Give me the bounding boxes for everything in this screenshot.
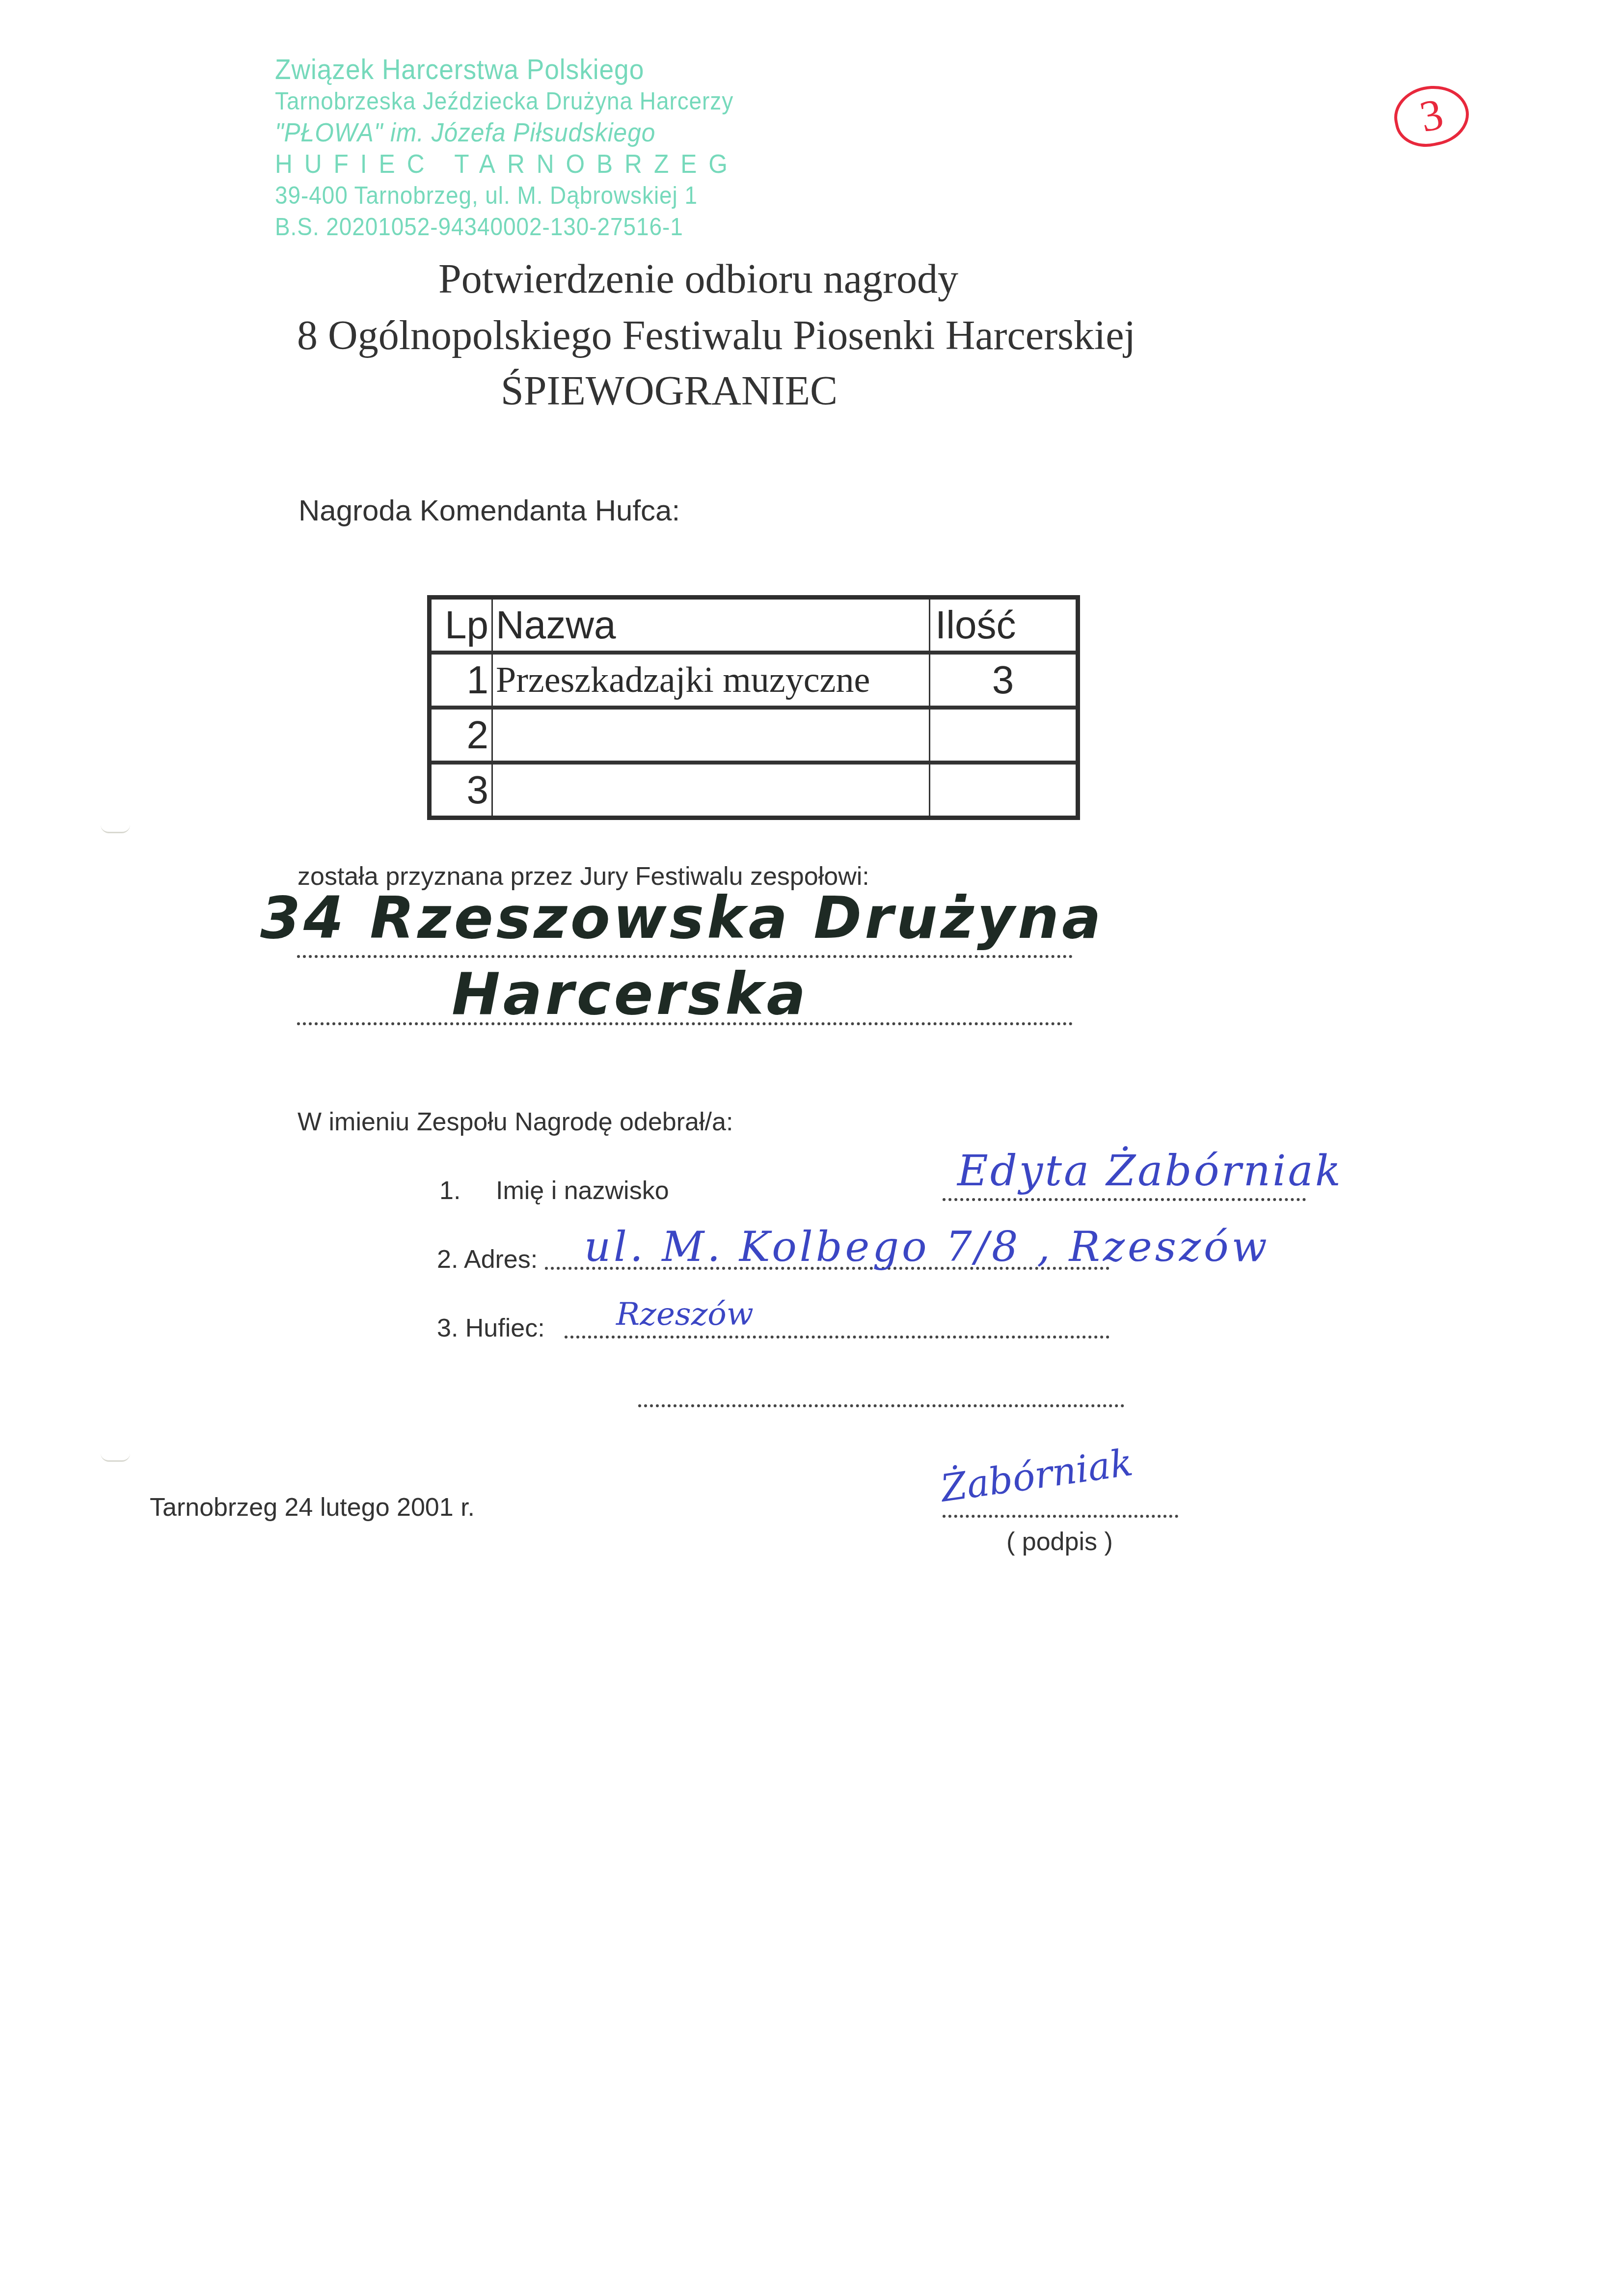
name-field-value: Edyta Żabórniak [957, 1147, 1343, 1196]
hufiec-field-line [565, 1336, 1109, 1339]
cell-name [492, 763, 930, 818]
document-page: Związek Harcerstwa Polskiego Tarnobrzesk… [0, 0, 1623, 2296]
address-field-value: ul. M. Kolbego 7/8 , Rzeszów [584, 1223, 1270, 1271]
cell-qty [930, 763, 1078, 818]
cell-lp: 2 [430, 708, 492, 763]
extra-line [638, 1404, 1124, 1407]
table-row: 3 [430, 763, 1078, 818]
cell-qty [930, 708, 1078, 763]
document-title-line2: 8 Ogólnopolskiego Festiwalu Piosenki Har… [297, 312, 1136, 359]
cell-qty: 3 [930, 653, 1078, 708]
document-title-line3: ŚPIEWOGRANIEC [501, 367, 838, 415]
cell-lp: 1 [430, 653, 492, 708]
name-field-number: 1. [439, 1176, 460, 1205]
name-field-line [943, 1198, 1306, 1201]
team-name-handwritten: Harcerska [452, 960, 809, 1028]
prize-label: Nagroda Komendanta Hufca: [298, 493, 680, 527]
header-name: Nazwa [492, 598, 930, 653]
cell-lp: 3 [430, 763, 492, 818]
received-label: W imieniu Zespołu Nagrodę odebrał/a: [298, 1107, 733, 1137]
prize-table: Lp Nazwa Ilość 1 Przeszkadzajki muzyczne… [427, 595, 1080, 820]
organization-stamp: Związek Harcerstwa Polskiego Tarnobrzesk… [275, 54, 707, 243]
document-title-line1: Potwierdzenie odbioru nagrody [438, 255, 958, 303]
team-name-handwritten: 34 Rzeszowska Drużyna [260, 884, 1104, 952]
name-field-label: Imię i nazwisko [496, 1176, 669, 1205]
stamp-line: B.S. 20201052-94340002-130-27516-1 [275, 211, 673, 243]
cell-name [492, 708, 930, 763]
hufiec-field-label: 3. Hufiec: [437, 1313, 545, 1343]
place-and-date: Tarnobrzeg 24 lutego 2001 r. [150, 1493, 475, 1522]
header-qty: Ilość [930, 598, 1078, 653]
hufiec-field-value: Rzeszów [616, 1296, 754, 1333]
stamp-line: HUFIEC TARNOBRZEG [275, 148, 673, 180]
table-row: 1 Przeszkadzajki muzyczne 3 [430, 653, 1078, 708]
punch-hole-mark [101, 825, 130, 833]
signature-caption: ( podpis ) [1006, 1527, 1113, 1557]
cell-name: Przeszkadzajki muzyczne [492, 653, 930, 708]
header-lp: Lp [430, 598, 492, 653]
stamp-line: 39-400 Tarnobrzeg, ul. M. Dąbrowskiej 1 [275, 180, 673, 211]
stamp-line: "PŁOWA" im. Józefa Piłsudskiego [275, 117, 673, 148]
stamp-line: Związek Harcerstwa Polskiego [275, 54, 673, 85]
punch-hole-mark [101, 1453, 130, 1462]
team-line-1 [297, 955, 1073, 958]
signature: Żabórniak [938, 1440, 1136, 1510]
stamp-line: Tarnobrzeska Jeździecka Drużyna Harcerzy [275, 85, 673, 117]
address-field-label: 2. Adres: [437, 1245, 538, 1274]
table-row: 2 [430, 708, 1078, 763]
signature-line [943, 1515, 1178, 1518]
table-header-row: Lp Nazwa Ilość [430, 598, 1078, 653]
circled-page-number: 3 [1389, 79, 1474, 153]
